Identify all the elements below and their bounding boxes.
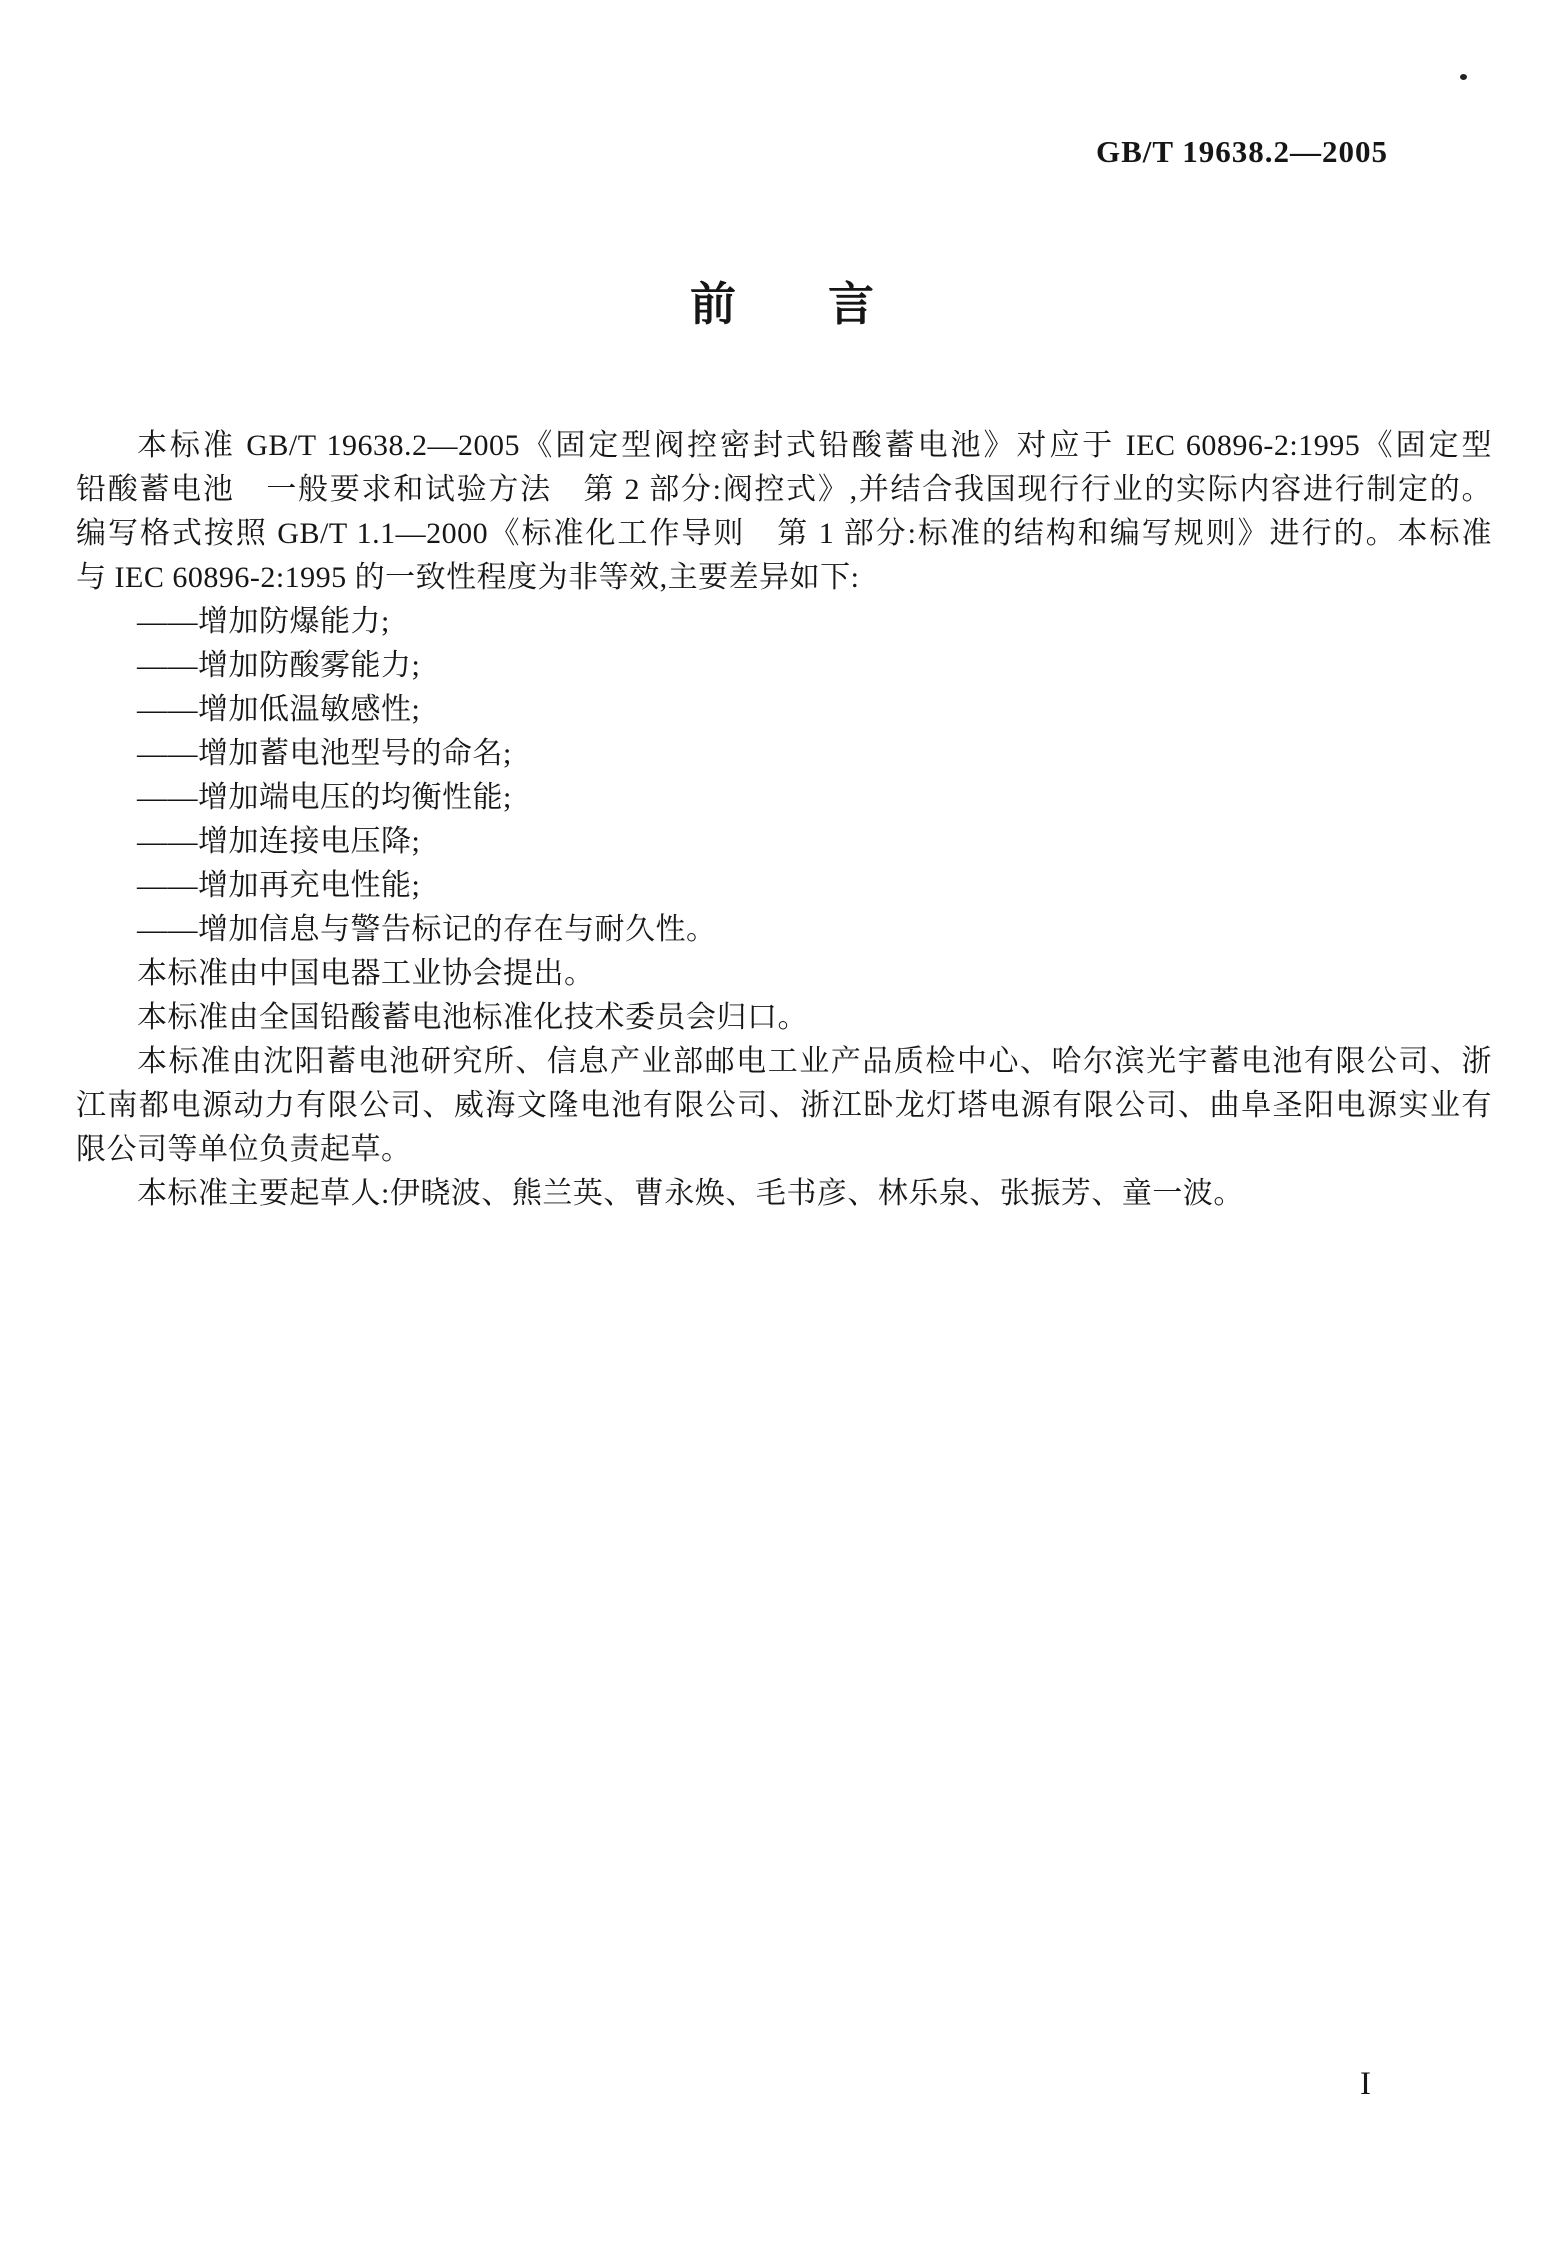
page-title: 前 言 bbox=[0, 268, 1564, 334]
drafting-units-line: 限公司等单位负责起草。 bbox=[76, 1128, 1492, 1172]
page-number: I bbox=[1360, 2062, 1371, 2106]
difference-list: ——增加防爆能力; ——增加防酸雾能力; ——增加低温敏感性; ——增加蓄电池型… bbox=[76, 600, 1492, 952]
proposed-by-line: 本标准由中国电器工业协会提出。 bbox=[76, 952, 1492, 996]
drafting-units-paragraph: 本标准由沈阳蓄电池研究所、信息产业部邮电工业产品质检中心、哈尔滨光宇蓄电池有限公… bbox=[76, 1040, 1492, 1172]
document-page: { "document": { "standard_code": "GB/T 1… bbox=[0, 0, 1564, 2244]
difference-item: ——增加信息与警告标记的存在与耐久性。 bbox=[76, 908, 1492, 952]
drafting-units-line: 江南都电源动力有限公司、威海文隆电池有限公司、浙江卧龙灯塔电源有限公司、曲阜圣阳… bbox=[76, 1084, 1492, 1128]
drafting-units-line: 本标准由沈阳蓄电池研究所、信息产业部邮电工业产品质检中心、哈尔滨光宇蓄电池有限公… bbox=[76, 1040, 1492, 1084]
difference-item: ——增加连接电压降; bbox=[76, 820, 1492, 864]
intro-line: 铅酸蓄电池 一般要求和试验方法 第 2 部分:阀控式》,并结合我国现行行业的实际… bbox=[76, 468, 1492, 512]
difference-item: ——增加防爆能力; bbox=[76, 600, 1492, 644]
difference-item: ——增加防酸雾能力; bbox=[76, 644, 1492, 688]
difference-item: ——增加低温敏感性; bbox=[76, 688, 1492, 732]
foreword-body: 本标准 GB/T 19638.2—2005《固定型阀控密封式铅酸蓄电池》对应于 … bbox=[76, 424, 1492, 1216]
ink-speck bbox=[1460, 74, 1467, 80]
intro-line: 编写格式按照 GB/T 1.1—2000《标准化工作导则 第 1 部分:标准的结… bbox=[76, 512, 1492, 556]
difference-item: ——增加蓄电池型号的命名; bbox=[76, 732, 1492, 776]
drafters-line: 本标准主要起草人:伊晓波、熊兰英、曹永焕、毛书彦、林乐泉、张振芳、童一波。 bbox=[76, 1172, 1492, 1216]
difference-item: ——增加再充电性能; bbox=[76, 864, 1492, 908]
intro-paragraph: 本标准 GB/T 19638.2—2005《固定型阀控密封式铅酸蓄电池》对应于 … bbox=[76, 424, 1492, 600]
difference-item: ——增加端电压的均衡性能; bbox=[76, 776, 1492, 820]
standard-code: GB/T 19638.2—2005 bbox=[1096, 134, 1388, 170]
centralized-by-line: 本标准由全国铅酸蓄电池标准化技术委员会归口。 bbox=[76, 996, 1492, 1040]
intro-line: 本标准 GB/T 19638.2—2005《固定型阀控密封式铅酸蓄电池》对应于 … bbox=[76, 424, 1492, 468]
intro-line: 与 IEC 60896-2:1995 的一致性程度为非等效,主要差异如下: bbox=[76, 556, 1492, 600]
